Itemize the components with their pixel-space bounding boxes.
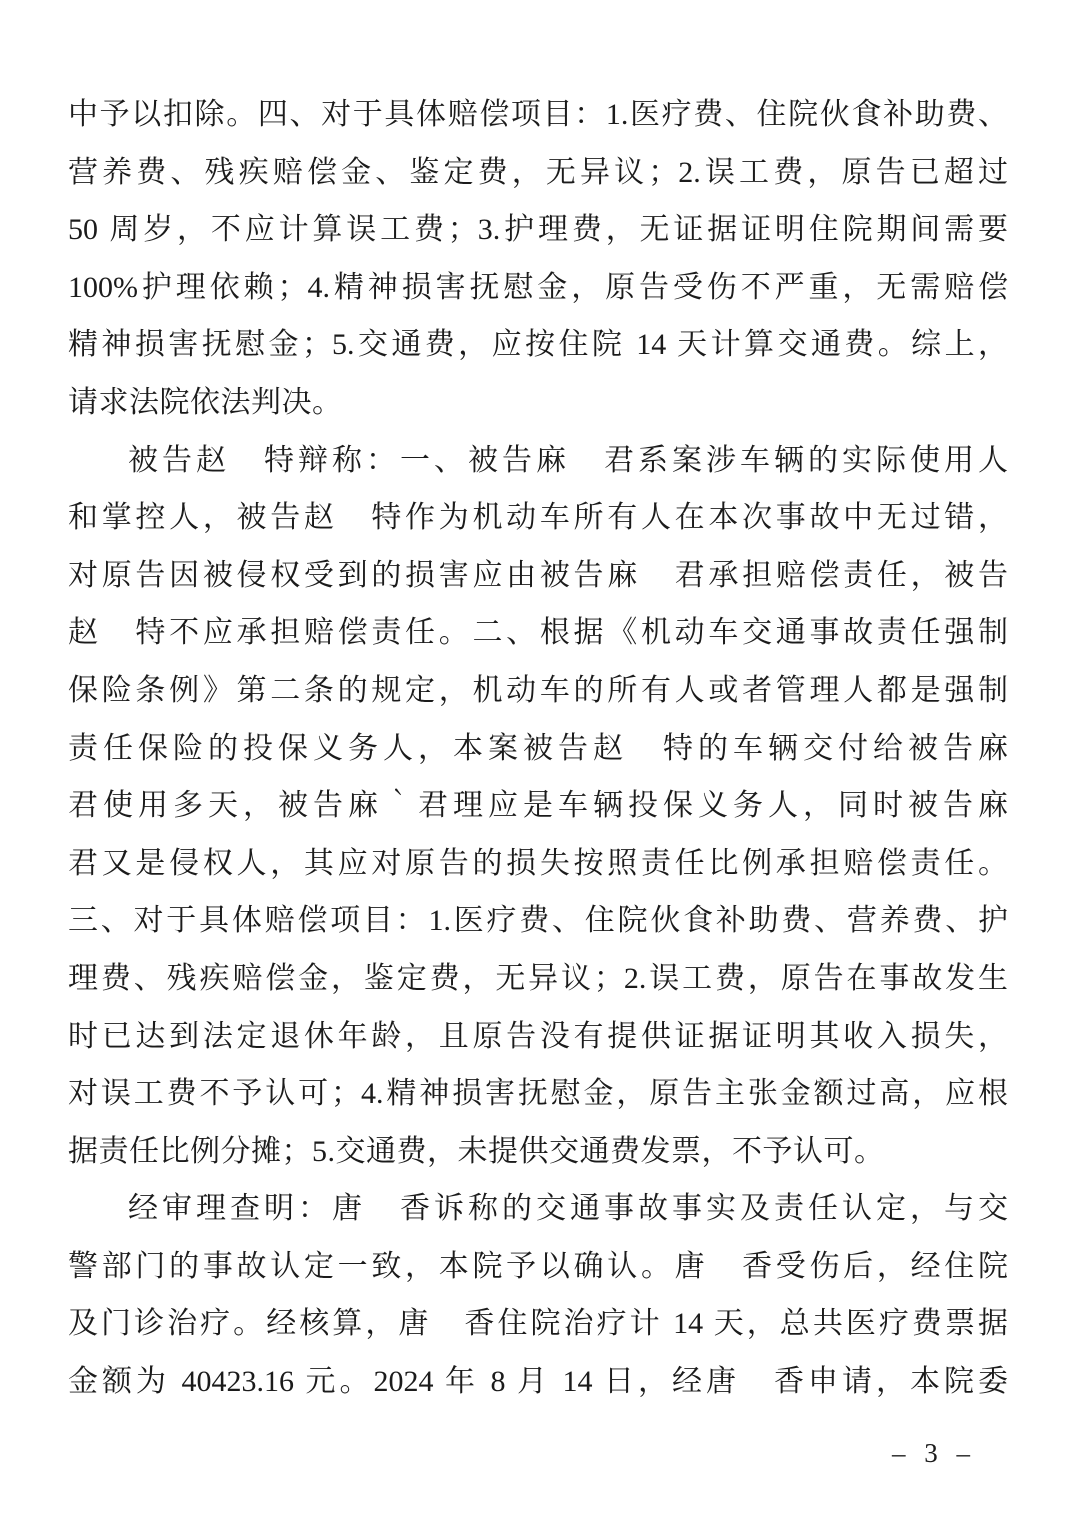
text-line: 赵 特不应承担赔偿责任。二、根据《机动车交通事故责任强制 [68, 604, 1008, 662]
text-line: 对原告因被侵权受到的损害应由被告麻 君承担赔偿责任，被告 [68, 547, 1008, 605]
text-line: 君又是侵权人，其应对原告的损失按照责任比例承担赔偿责任。 [68, 835, 1008, 893]
text-line: 对误工费不予认可；4.精神损害抚慰金，原告主张金额过高，应根 [68, 1065, 1008, 1123]
text-line: 营养费、残疾赔偿金、鉴定费，无异议；2.误工费，原告已超过 [68, 144, 1008, 202]
text-line: 责任保险的投保义务人，本案被告赵 特的车辆交付给被告麻 [68, 720, 1008, 778]
text-line: 和掌控人，被告赵 特作为机动车所有人在本次事故中无过错， [68, 489, 1008, 547]
text-line: 三、对于具体赔偿项目：1.医疗费、住院伙食补助费、营养费、护 [68, 892, 1008, 950]
text-line: 50 周岁，不应计算误工费；3.护理费，无证据证明住院期间需要 [68, 201, 1008, 259]
text-line: 理费、残疾赔偿金，鉴定费，无异议；2.误工费，原告在事故发生 [68, 950, 1008, 1008]
text-line: 100%护理依赖；4.精神损害抚慰金，原告受伤不严重，无需赔偿 [68, 259, 1008, 317]
text-line: 请求法院依法判决。 [68, 374, 1008, 432]
text-line: 保险条例》第二条的规定，机动车的所有人或者管理人都是强制 [68, 662, 1008, 720]
document-body: 中予以扣除。四、对于具体赔偿项目：1.医疗费、住院伙食补助费、营养费、残疾赔偿金… [68, 86, 1008, 1411]
text-line: 据责任比例分摊；5.交通费，未提供交通费发票，不予认可。 [68, 1123, 1008, 1181]
text-line: 金额为 40423.16 元。2024 年 8 月 14 日，经唐 香申请，本院… [68, 1353, 1008, 1411]
page-number: – 3 – [892, 1438, 976, 1469]
text-line: 及门诊治疗。经核算，唐 香住院治疗计 14 天，总共医疗费票据 [68, 1295, 1008, 1353]
text-line: 君使用多天，被告麻｀君理应是车辆投保义务人，同时被告麻 [68, 777, 1008, 835]
text-line: 精神损害抚慰金；5.交通费，应按住院 14 天计算交通费。综上， [68, 316, 1008, 374]
text-line: 中予以扣除。四、对于具体赔偿项目：1.医疗费、住院伙食补助费、 [68, 86, 1008, 144]
text-line: 被告赵 特辩称：一、被告麻 君系案涉车辆的实际使用人 [68, 432, 1008, 490]
document-page: 中予以扣除。四、对于具体赔偿项目：1.医疗费、住院伙食补助费、营养费、残疾赔偿金… [0, 0, 1074, 1520]
text-line: 警部门的事故认定一致，本院予以确认。唐 香受伤后，经住院 [68, 1238, 1008, 1296]
text-line: 经审理查明：唐 香诉称的交通事故事实及责任认定，与交 [68, 1180, 1008, 1238]
text-line: 时已达到法定退休年龄，且原告没有提供证据证明其收入损失， [68, 1008, 1008, 1066]
